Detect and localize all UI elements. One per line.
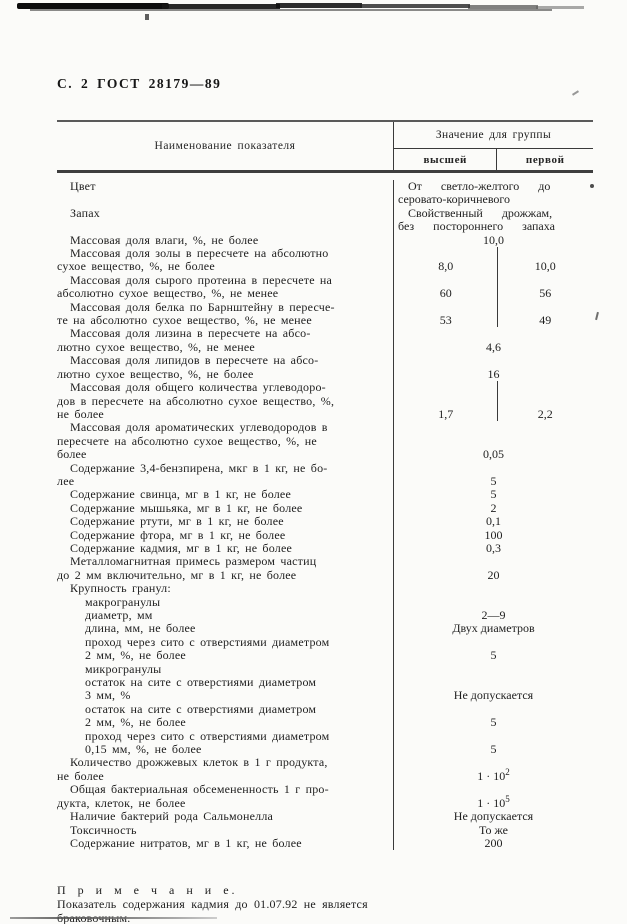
table-row: Количество дрожжевых клеток в 1 г продук… (57, 756, 593, 783)
value-vysshey: 8,0 (394, 260, 497, 273)
indicator-value-area: 6056 (393, 274, 593, 301)
table-row: Содержание ртути, мг в 1 кг, не более0,1 (57, 515, 593, 528)
table-row: ТоксичностьТо же (57, 824, 593, 837)
value-span: 0,1 (394, 515, 593, 528)
indicator-name: длина, мм, не более (57, 622, 393, 635)
indicator-name: Содержание кадмия, мг в 1 кг, не более (57, 542, 393, 555)
indicator-value-area: 10,0 (393, 234, 593, 247)
value-span: 100 (394, 529, 593, 542)
indicator-value-area: 5 (393, 488, 593, 501)
value-span: 10,0 (394, 234, 593, 247)
indicator-value-area: 0,3 (393, 542, 593, 555)
indicator-value-area: 5 (393, 636, 593, 663)
indicator-name: Наличие бактерий рода Сальмонелла (57, 810, 393, 823)
indicator-name: Содержание мышьяка, мг в 1 кг, не более (57, 502, 393, 515)
sub-header-vysshey: высшей (394, 149, 497, 170)
indicator-name: Металломагнитная примесь размером частиц… (57, 555, 393, 582)
indicator-value-area: 5 (393, 730, 593, 757)
indicator-value-area: 2—9 (393, 609, 593, 622)
value-span: 2—9 (394, 609, 593, 622)
value-span: 20 (394, 569, 593, 582)
indicator-name: Содержание свинца, мг в 1 кг, не более (57, 488, 393, 501)
indicator-name: Массовая доля липидов в пересчете на абс… (57, 354, 393, 381)
value-vysshey: 53 (394, 314, 497, 327)
table-row: Содержание мышьяка, мг в 1 кг, не более2 (57, 502, 593, 515)
indicator-name: Массовая доля ароматических углеводородо… (57, 421, 393, 461)
indicator-name: проход через сито с отверстиями диаметро… (57, 636, 393, 663)
indicator-value-area: Свойственный дрожжам, без постороннего з… (393, 207, 593, 234)
table-row: Содержание свинца, мг в 1 кг, не более5 (57, 488, 593, 501)
indicator-value-area: Не допускается (393, 676, 593, 703)
value-span: 4,6 (394, 341, 593, 354)
value-span: 1 · 102 (394, 770, 593, 783)
indicator-name: Содержание 3,4-бензпирена, мкг в 1 кг, н… (57, 462, 393, 489)
value-span: 2 (394, 502, 593, 515)
indicator-value-area: То же (393, 824, 593, 837)
indicator-value-area: Двух диаметров (393, 622, 593, 635)
indicator-value-area: Не допускается (393, 810, 593, 823)
document-page: С. 2 ГОСТ 28179—89 Наименование показате… (0, 0, 627, 924)
table-row: ЦветОт светло-желтого до серовато-коричн… (57, 180, 593, 207)
indicator-value-area (393, 663, 593, 676)
table-row: Массовая доля влаги, %, не более10,0 (57, 234, 593, 247)
value-vysshey: 60 (394, 287, 497, 300)
table-row: Содержание фтора, мг в 1 кг, не более100 (57, 529, 593, 542)
indicator-name: Общая бактериальная обсемененность 1 г п… (57, 783, 393, 810)
note-label: П р и м е ч а н и е. (57, 883, 238, 897)
column-header-group-value: Значение для группы (394, 122, 593, 149)
indicator-name: Содержание ртути, мг в 1 кг, не более (57, 515, 393, 528)
table-row: проход через сито с отверстиями диаметро… (57, 730, 593, 757)
indicator-value-area (393, 582, 593, 595)
indicator-value-area: 1 · 102 (393, 756, 593, 783)
table-row: Массовая доля белка по Барнштейну в пере… (57, 301, 593, 328)
indicator-value-area: 0,05 (393, 421, 593, 461)
indicator-name: Массовая доля белка по Барнштейну в пере… (57, 301, 393, 328)
indicator-name: проход через сито с отверстиями диаметро… (57, 730, 393, 757)
indicator-value-area: 200 (393, 837, 593, 850)
value-span: 5 (394, 743, 593, 756)
table-row: Массовая доля липидов в пересчете на абс… (57, 354, 593, 381)
indicator-value-area: 1,72,2 (393, 381, 593, 421)
table-row: Содержание 3,4-бензпирена, мкг в 1 кг, н… (57, 462, 593, 489)
indicator-name: диаметр, мм (57, 609, 393, 622)
value-span: 16 (394, 368, 593, 381)
indicator-name: Количество дрожжевых клеток в 1 г продук… (57, 756, 393, 783)
value-pervoy: 2,2 (497, 408, 593, 421)
indicator-value-area: 5 (393, 462, 593, 489)
table-row: остаток на сите с отверстиями диаметром … (57, 703, 593, 730)
indicator-name: Содержание нитратов, мг в 1 кг, не более (57, 837, 393, 850)
indicator-value-area (393, 596, 593, 609)
table-row: Массовая доля сырого протеина в пересчет… (57, 274, 593, 301)
value-span: 0,3 (394, 542, 593, 555)
indicator-name: Массовая доля лизина в пересчете на абсо… (57, 327, 393, 354)
table-body: ЦветОт светло-желтого до серовато-коричн… (57, 173, 593, 856)
indicator-name: Массовая доля золы в пересчете на абсолю… (57, 247, 393, 274)
value-pervoy: 56 (497, 287, 593, 300)
table-row: Массовая доля золы в пересчете на абсолю… (57, 247, 593, 274)
value-span: 1 · 105 (394, 797, 593, 810)
indicator-name: Цвет (57, 180, 393, 193)
note: П р и м е ч а н и е. Показатель содержан… (57, 869, 593, 924)
value-span: 5 (394, 488, 593, 501)
table-row: Металломагнитная примесь размером частиц… (57, 555, 593, 582)
table-row: Массовая доля общего количества углеводо… (57, 381, 593, 421)
indicator-value-area: 1 · 105 (393, 783, 593, 810)
indicator-value-area: 5349 (393, 301, 593, 328)
sub-header-row: высшей первой (394, 149, 593, 170)
indicator-value-area: 2 (393, 502, 593, 515)
value-span: 5 (394, 649, 593, 662)
table-row: остаток на сите с отверстиями диаметром … (57, 676, 593, 703)
requirements-table: Наименование показателя Значение для гру… (57, 120, 593, 856)
value-span: Свойственный дрожжам, без постороннего з… (394, 207, 593, 234)
indicator-value-area: От светло-желтого до серовато-коричневог… (393, 180, 593, 207)
indicator-name: Содержание фтора, мг в 1 кг, не более (57, 529, 393, 542)
indicator-name: Крупность гранул: (57, 582, 393, 595)
table-row: Общая бактериальная обсемененность 1 г п… (57, 783, 593, 810)
indicator-name: макрогранулы (57, 596, 393, 609)
note-body: Показатель содержания кадмия до 01.07.92… (57, 897, 368, 924)
page-title: С. 2 ГОСТ 28179—89 (57, 76, 593, 92)
indicator-name: микрогранулы (57, 663, 393, 676)
table-row: Массовая доля ароматических углеводородо… (57, 421, 593, 461)
table-row: Массовая доля лизина в пересчете на абсо… (57, 327, 593, 354)
value-span: Не допускается (394, 810, 593, 823)
indicator-name: Массовая доля общего количества углеводо… (57, 381, 393, 421)
value-pervoy: 49 (497, 314, 593, 327)
indicator-value-area: 100 (393, 529, 593, 542)
indicator-name: остаток на сите с отверстиями диаметром … (57, 703, 393, 730)
indicator-value-area: 0,1 (393, 515, 593, 528)
table-row: Крупность гранул: (57, 582, 593, 595)
table-row: проход через сито с отверстиями диаметро… (57, 636, 593, 663)
value-span: 0,05 (394, 448, 593, 461)
column-header-values: Значение для группы высшей первой (393, 122, 593, 170)
value-span: От светло-желтого до серовато-коричневог… (394, 180, 593, 207)
indicator-value-area: 5 (393, 703, 593, 730)
value-span: То же (394, 824, 593, 837)
table-row: Содержание кадмия, мг в 1 кг, не более0,… (57, 542, 593, 555)
table-row: ЗапахСвойственный дрожжам, без посторонн… (57, 207, 593, 234)
column-header-indicator-name: Наименование показателя (57, 122, 393, 170)
superscript: 5 (505, 794, 510, 804)
indicator-name: Массовая доля влаги, %, не более (57, 234, 393, 247)
indicator-value-area: 20 (393, 555, 593, 582)
value-vysshey: 1,7 (394, 408, 497, 421)
sub-header-pervoy: первой (497, 149, 593, 170)
table-header: Наименование показателя Значение для гру… (57, 120, 593, 173)
table-row: диаметр, мм2—9 (57, 609, 593, 622)
value-span: Двух диаметров (394, 622, 593, 635)
table-row: макрогранулы (57, 596, 593, 609)
value-span: 5 (394, 475, 593, 488)
table-row: Содержание нитратов, мг в 1 кг, не более… (57, 837, 593, 850)
indicator-value-area: 8,010,0 (393, 247, 593, 274)
indicator-name: Токсичность (57, 824, 393, 837)
indicator-value-area: 4,6 (393, 327, 593, 354)
value-span: 200 (394, 837, 593, 850)
table-row: длина, мм, не болееДвух диаметров (57, 622, 593, 635)
value-span: 5 (394, 716, 593, 729)
superscript: 2 (505, 767, 510, 777)
table-row: Наличие бактерий рода СальмонеллаНе допу… (57, 810, 593, 823)
indicator-value-area: 16 (393, 354, 593, 381)
indicator-name: остаток на сите с отверстиями диаметром … (57, 676, 393, 703)
value-span: Не допускается (394, 689, 593, 702)
value-pervoy: 10,0 (497, 260, 593, 273)
indicator-name: Массовая доля сырого протеина в пересчет… (57, 274, 393, 301)
indicator-name: Запах (57, 207, 393, 220)
table-row: микрогранулы (57, 663, 593, 676)
